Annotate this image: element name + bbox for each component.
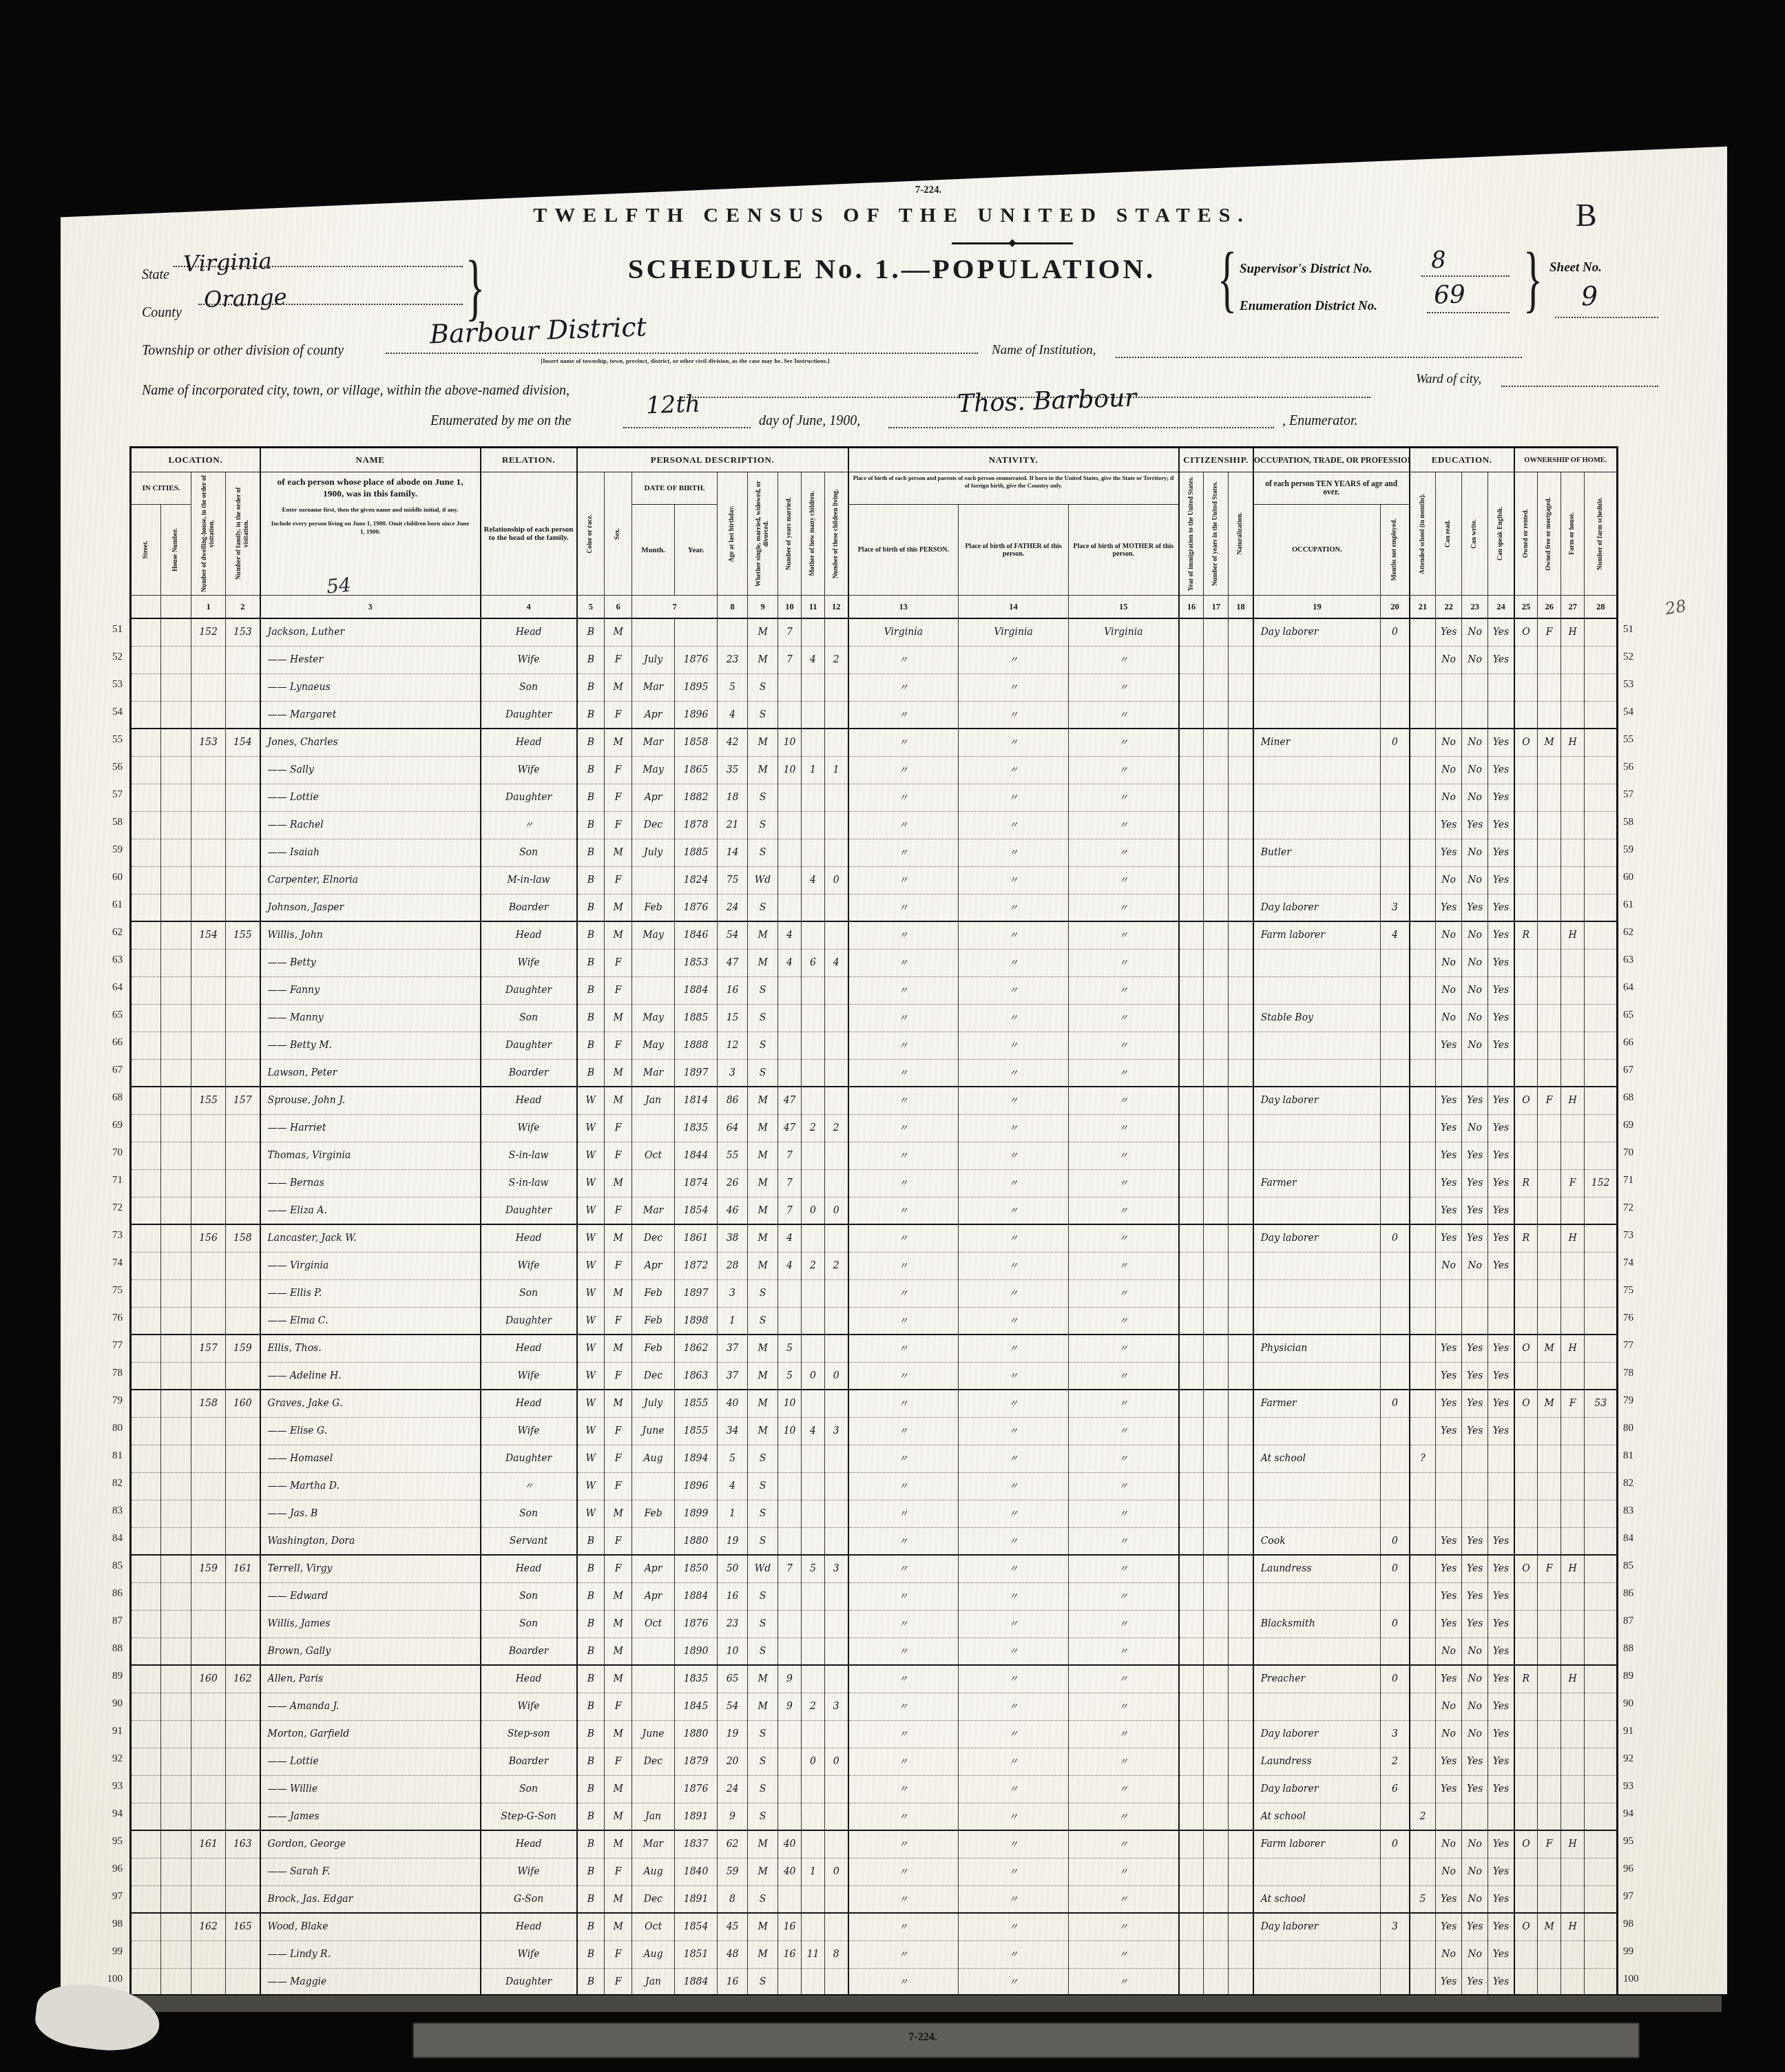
line-number: 74 [1623,1249,1653,1277]
relation-description: Relationship of each person to the head … [481,472,577,596]
cell-bmo [632,1527,675,1555]
cell-pb: 〃 [848,839,959,866]
line-number: 69 [92,1111,123,1139]
cell-rd: Yes [1436,1913,1462,1940]
cell-house [161,1224,191,1252]
cell-sex: F [605,701,632,729]
group-rel: RELATION. [481,448,577,472]
cell-house [161,1610,191,1637]
cell-mch [802,1004,825,1032]
cell-name: —— Sally [260,756,481,784]
cell-byr: 1891 [675,1803,718,1830]
cell-ym: 47 [778,1087,802,1114]
cell-fam [226,1445,260,1472]
cell-rel: Son [481,1775,577,1803]
census-row: 156158Lancaster, Jack W.HeadWMDec186138M… [131,1224,1618,1252]
cell-pbf: 〃 [959,1720,1069,1748]
cell-own: O [1514,1913,1538,1940]
cell-mtg: M [1538,1335,1561,1362]
cell-dw: 160 [191,1665,226,1693]
cell-color: B [577,756,605,784]
line-number: 57 [1623,781,1653,808]
line-number: 60 [1623,864,1653,891]
cell-yus [1204,1059,1229,1087]
cell-pbm: 〃 [1069,1307,1179,1335]
cell-rd: Yes [1436,1335,1462,1362]
line-number: 54 [1623,698,1653,726]
cell-yus [1204,1114,1229,1142]
cell-house [161,1637,191,1665]
cell-street [131,921,161,949]
cell-fh: H [1561,729,1585,756]
cell-house [161,1142,191,1169]
cell-nat [1229,1445,1253,1472]
cell-imm [1179,1693,1204,1720]
cell-chl [825,1224,848,1252]
cell-fam [226,646,260,673]
cell-mch [802,811,825,839]
cell-rd: No [1436,1830,1462,1858]
cell-name: Gordon, George [260,1830,481,1858]
cell-rel: Servant [481,1527,577,1555]
line-number: 86 [1623,1580,1653,1607]
cell-rel: M-in-law [481,866,577,894]
cell-en: Yes [1488,729,1514,756]
cell-rel: Son [481,1500,577,1527]
cell-sch [1410,1637,1436,1665]
cell-fs [1585,976,1618,1004]
cell-occ [1253,701,1381,729]
cell-sex: F [605,1940,632,1968]
cell-nat [1229,756,1253,784]
cell-name: Willis, James [260,1610,481,1637]
cell-mar: S [748,701,778,729]
line-number: 54 [92,698,123,726]
group-name: NAME [260,448,481,472]
cell-rd: No [1436,756,1462,784]
cell-street [131,1004,161,1032]
census-row: —— Ellis P.SonWMFeb18973S〃〃〃 [131,1279,1618,1307]
cell-sch [1410,1775,1436,1803]
line-number: 60 [92,864,123,891]
cell-house [161,1858,191,1885]
cell-mne [1381,1087,1410,1114]
cell-fam [226,1803,260,1830]
cell-pb: 〃 [848,1114,959,1142]
cell-name: —— Amanda J. [260,1693,481,1720]
cell-byr: 1888 [675,1032,718,1059]
cell-dw [191,673,226,701]
cell-pbf: 〃 [959,1059,1069,1087]
cell-house [161,1004,191,1032]
cell-occ [1253,949,1381,976]
line-number: 95 [92,1828,123,1855]
line-number: 90 [92,1690,123,1717]
cell-ym [778,1582,802,1610]
cell-mtg [1538,921,1561,949]
cell-mch [802,701,825,729]
cell-fs [1585,1362,1618,1390]
cell-sex: F [605,1142,632,1169]
cell-mtg [1538,1748,1561,1775]
cell-own [1514,1968,1538,1996]
cell-nat [1229,1362,1253,1390]
line-number: 67 [92,1056,123,1084]
cell-dw: 157 [191,1335,226,1362]
film-strip-bottom [413,2023,1639,2058]
cell-street [131,1500,161,1527]
cell-en: Yes [1488,1527,1514,1555]
cell-own [1514,1693,1538,1720]
cell-rd: Yes [1436,1610,1462,1637]
cell-mtg [1538,1114,1561,1142]
cell-mar: S [748,1968,778,1996]
line-number: 94 [1623,1800,1653,1828]
cell-mne [1381,1445,1410,1472]
cell-bmo: Apr [632,1252,675,1279]
cell-fs [1585,1720,1618,1748]
cell-color: W [577,1390,605,1417]
cell-house [161,1665,191,1693]
cell-sex: F [605,1968,632,1996]
cell-yus [1204,894,1229,921]
cell-rel: Head [481,1555,577,1582]
cell-dw [191,839,226,866]
cell-en: Yes [1488,1555,1514,1582]
cell-name: Wood, Blake [260,1913,481,1940]
cell-nat [1229,1803,1253,1830]
line-number: 70 [92,1139,123,1166]
ward-label: Ward of city, [1416,372,1481,387]
cell-name: Jackson, Luther [260,618,481,646]
cell-pbf: 〃 [959,1527,1069,1555]
cell-own [1514,1417,1538,1445]
cell-sch [1410,1665,1436,1693]
cell-bmo [632,949,675,976]
cell-house [161,1169,191,1197]
cell-yus [1204,1445,1229,1472]
cell-color: B [577,784,605,811]
group-cit: CITIZENSHIP. [1179,448,1253,472]
cell-mch [802,1775,825,1803]
cell-pb: 〃 [848,1940,959,1968]
cell-en: Yes [1488,839,1514,866]
cell-own [1514,1032,1538,1059]
cell-own [1514,1775,1538,1803]
cell-yus [1204,949,1229,976]
cell-nat [1229,1693,1253,1720]
cell-fh [1561,1307,1585,1335]
cell-color: W [577,1307,605,1335]
line-number: 93 [92,1772,123,1800]
cell-own: O [1514,1335,1538,1362]
cell-byr: 1858 [675,729,718,756]
cell-house [161,1748,191,1775]
cell-ym [778,1885,802,1913]
cell-age: 24 [718,1775,748,1803]
cell-mch: 4 [802,1417,825,1445]
cell-pb: 〃 [848,1142,959,1169]
cell-rel: Wife [481,756,577,784]
cell-own [1514,1858,1538,1885]
cell-nat [1229,784,1253,811]
cell-mch: 0 [802,1197,825,1224]
cell-fh [1561,1693,1585,1720]
cell-wr: No [1462,1940,1488,1968]
census-row: —— SallyWifeBFMay186535M1011〃〃〃NoNoYes [131,756,1618,784]
cell-street [131,1059,161,1087]
cell-mne: 3 [1381,894,1410,921]
cell-fs [1585,784,1618,811]
cell-mar: M [748,1197,778,1224]
cell-pbm: 〃 [1069,1858,1179,1885]
cell-bmo: Mar [632,1059,675,1087]
cell-fh [1561,976,1585,1004]
cell-bmo [632,1693,675,1720]
cell-sch [1410,1417,1436,1445]
cell-fam [226,1307,260,1335]
cell-en: Yes [1488,1665,1514,1693]
sheet-label: Sheet No. [1549,260,1602,275]
cell-pbm: 〃 [1069,1830,1179,1858]
line-number: 72 [1623,1194,1653,1222]
cell-wr [1462,1059,1488,1087]
cell-mtg: F [1538,1087,1561,1114]
cell-mar: S [748,1472,778,1500]
cell-street [131,1665,161,1693]
line-number: 75 [92,1277,123,1304]
census-row: —— HomaselDaughterWFAug18945S〃〃〃At schoo… [131,1445,1618,1472]
cell-occ: Physician [1253,1335,1381,1362]
cell-rd: Yes [1436,1390,1462,1417]
cell-en: Yes [1488,1142,1514,1169]
cell-name: Jones, Charles [260,729,481,756]
cell-fh [1561,1004,1585,1032]
cell-ym: 16 [778,1913,802,1940]
cell-mne [1381,1059,1410,1087]
cell-en [1488,1279,1514,1307]
line-number: 71 [1623,1166,1653,1194]
cell-mne [1381,1500,1410,1527]
cell-ym [778,866,802,894]
cell-en: Yes [1488,1335,1514,1362]
census-row: —— Martha D.〃WF18964S〃〃〃 [131,1472,1618,1500]
cell-pbf: 〃 [959,1968,1069,1996]
cell-rel: G-Son [481,1885,577,1913]
line-number: 82 [1623,1469,1653,1497]
cell-pbm: 〃 [1069,1445,1179,1472]
cell-wr: No [1462,618,1488,646]
cell-imm [1179,1913,1204,1940]
cell-sex: M [605,1169,632,1197]
cell-mtg [1538,866,1561,894]
cell-sex: F [605,1307,632,1335]
cell-rel: Wife [481,949,577,976]
cell-rd: No [1436,1858,1462,1885]
cell-wr: No [1462,866,1488,894]
col-header-dw: Number of dwelling-house, in the order o… [191,472,226,596]
cell-mch [802,1307,825,1335]
cell-house [161,1059,191,1087]
cell-color: B [577,1610,605,1637]
census-row: Willis, JamesSonBMOct187623S〃〃〃Blacksmit… [131,1610,1618,1637]
cell-fh [1561,1720,1585,1748]
cell-fs: 152 [1585,1169,1618,1197]
cell-sex: F [605,949,632,976]
cell-occ: Farmer [1253,1169,1381,1197]
cell-sex: F [605,1472,632,1500]
line-number: 80 [1623,1414,1653,1442]
cell-sch [1410,866,1436,894]
cell-age: 5 [718,673,748,701]
cell-color: B [577,1803,605,1830]
cell-nat [1229,646,1253,673]
cell-wr: No [1462,1858,1488,1885]
cell-nat [1229,1032,1253,1059]
cell-mar: M [748,1087,778,1114]
cell-mne [1381,1279,1410,1307]
line-number: 55 [92,726,123,753]
cell-occ: Day laborer [1253,1913,1381,1940]
cell-en: Yes [1488,949,1514,976]
cell-fam: 161 [226,1555,260,1582]
cell-wr: No [1462,646,1488,673]
cell-pbf: 〃 [959,1803,1069,1830]
cell-ym: 7 [778,1169,802,1197]
cell-ym [778,1059,802,1087]
cell-street [131,618,161,646]
cell-sex: M [605,1913,632,1940]
cell-occ [1253,784,1381,811]
cell-bmo: Dec [632,1885,675,1913]
cell-rd: Yes [1436,618,1462,646]
cell-nat [1229,949,1253,976]
cell-nat [1229,1610,1253,1637]
cell-dw [191,1637,226,1665]
cell-house [161,1307,191,1335]
enumerated-mid: day of June, 1900, [759,413,860,429]
cell-house [161,1913,191,1940]
cell-fam [226,784,260,811]
census-row: 159161Terrell, VirgyHeadBFApr185050Wd753… [131,1555,1618,1582]
cell-pbf: 〃 [959,1913,1069,1940]
cell-own [1514,1252,1538,1279]
cell-age: 62 [718,1830,748,1858]
col-header-mtg: Owned free or mortgaged. [1538,472,1561,596]
cell-own: O [1514,1390,1538,1417]
cell-occ: Day laborer [1253,1087,1381,1114]
cell-byr: 1879 [675,1748,718,1775]
cell-chl [825,1169,848,1197]
cell-street [131,1885,161,1913]
cell-mtg [1538,756,1561,784]
census-row: 162165Wood, BlakeHeadBMOct185445M16〃〃〃Da… [131,1913,1618,1940]
cell-fam [226,1362,260,1390]
cell-en: Yes [1488,1610,1514,1637]
cell-color: B [577,1059,605,1087]
census-row: —— LynaeusSonBMMar18955S〃〃〃 [131,673,1618,701]
line-number: 53 [92,671,123,698]
cell-chl: 0 [825,1197,848,1224]
line-number: 82 [92,1469,123,1497]
cell-pbm: Virginia [1069,618,1179,646]
cell-nat [1229,1555,1253,1582]
cell-own [1514,894,1538,921]
cell-mar: S [748,1445,778,1472]
cell-pbf: 〃 [959,921,1069,949]
cell-dw [191,1445,226,1472]
cell-mne: 0 [1381,618,1410,646]
cell-byr: 1895 [675,673,718,701]
cell-age: 16 [718,1968,748,1996]
cell-color: B [577,1940,605,1968]
cell-age: 3 [718,1059,748,1087]
cell-ym: 4 [778,1224,802,1252]
cell-bmo: Dec [632,811,675,839]
cell-nat [1229,811,1253,839]
cell-own [1514,1500,1538,1527]
cell-pbf: Virginia [959,618,1069,646]
cell-color: W [577,1362,605,1390]
cell-fh [1561,1968,1585,1996]
cell-bmo: Apr [632,701,675,729]
line-number: 87 [92,1607,123,1635]
cell-wr: No [1462,1252,1488,1279]
cell-mtg [1538,1197,1561,1224]
cell-sch [1410,1748,1436,1775]
cell-byr: 1898 [675,1307,718,1335]
cell-pb: 〃 [848,1445,959,1472]
cell-ym [778,839,802,866]
cell-fh [1561,1775,1585,1803]
cell-en: Yes [1488,1032,1514,1059]
cell-mch: 0 [802,1362,825,1390]
cell-house [161,866,191,894]
cell-sex: M [605,673,632,701]
cell-dw [191,1114,226,1142]
cell-yus [1204,1748,1229,1775]
cell-occ: Farm laborer [1253,921,1381,949]
cell-rel: Step-G-Son [481,1803,577,1830]
cell-name: —— Margaret [260,701,481,729]
cell-bmo: Apr [632,1582,675,1610]
cell-pbm: 〃 [1069,1940,1179,1968]
cell-street [131,673,161,701]
cell-house [161,1445,191,1472]
cell-ym [778,894,802,921]
cell-imm [1179,1390,1204,1417]
cell-street [131,1693,161,1720]
cell-color: W [577,1197,605,1224]
cell-imm [1179,1803,1204,1830]
line-number: 72 [92,1194,123,1222]
cell-imm [1179,1197,1204,1224]
cell-byr: 1896 [675,701,718,729]
cell-wr: No [1462,1032,1488,1059]
cell-occ [1253,1500,1381,1527]
cell-bmo: May [632,756,675,784]
cell-mne [1381,1803,1410,1830]
cell-bmo: Mar [632,673,675,701]
cell-bmo [632,1169,675,1197]
cell-dw [191,1500,226,1527]
cell-yus [1204,1500,1229,1527]
cell-nat [1229,1335,1253,1362]
cell-age: 48 [718,1940,748,1968]
cell-age: 54 [718,1693,748,1720]
line-number: 73 [1623,1222,1653,1249]
page-title: TWELFTH CENSUS OF THE UNITED STATES. [441,204,1343,227]
